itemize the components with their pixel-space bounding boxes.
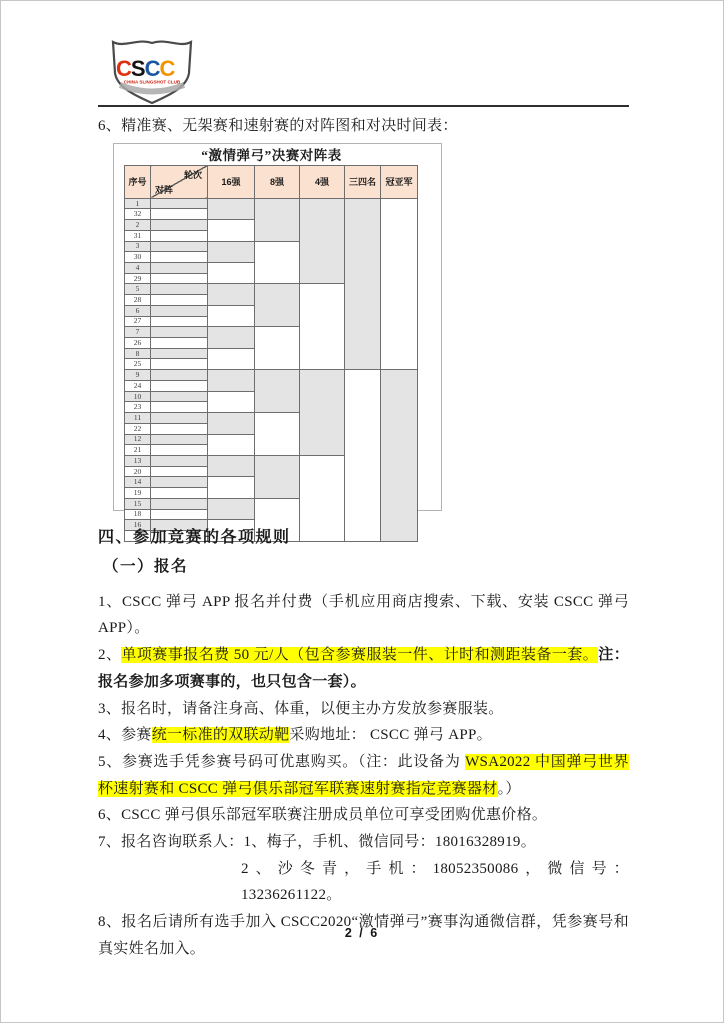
pair-name-cell <box>151 241 208 252</box>
third-place-cell <box>345 370 381 542</box>
text-run: 2、 <box>98 647 121 663</box>
text-run: 3、报名时，请备注身高、体重，以便主办方发放参赛服装。 <box>98 701 504 717</box>
logo-acronym: CSCC <box>116 56 175 81</box>
seed-number-cell: 3 <box>125 241 151 252</box>
quarterfinal-cell <box>255 198 300 241</box>
page-number: 2 / 6 <box>1 926 723 940</box>
pair-name-cell <box>151 391 208 402</box>
pair-name-cell <box>151 348 208 359</box>
section-heading: 四、参加竞赛的各项规则 <box>98 528 629 548</box>
seed-number-cell: 27 <box>125 316 151 327</box>
pair-name-cell <box>151 198 208 209</box>
pair-name-cell <box>151 413 208 424</box>
bracket-corner-cell: 轮次对阵 <box>151 165 208 198</box>
seed-number-cell: 25 <box>125 359 151 370</box>
quarterfinal-cell <box>255 370 300 413</box>
seed-number-cell: 26 <box>125 338 151 349</box>
text-run: 四、参加竞赛的各项规则 <box>98 529 291 546</box>
text-run: 4、参赛 <box>98 727 152 743</box>
item-6: 6、精准赛、无架赛和速射赛的对阵图和对决时间表： <box>98 113 629 140</box>
pair-name-cell <box>151 252 208 263</box>
round-of-16-cell <box>208 348 255 369</box>
rules-paragraphs: 四、参加竞赛的各项规则（一）报名1、CSCC 弹弓 APP 报名并付费（手机应用… <box>98 528 629 963</box>
semifinal-cell <box>300 198 345 284</box>
intro-paragraphs: 6、精准赛、无架赛和速射赛的对阵图和对决时间表： <box>98 113 629 140</box>
round-of-16-cell <box>208 391 255 412</box>
bracket-figure: “激情弹弓”决赛对阵表 序号轮次对阵16强8强4强三四名冠亚军132231330… <box>113 143 442 511</box>
pair-name-cell <box>151 455 208 466</box>
seed-number-cell: 24 <box>125 380 151 391</box>
pair-name-cell <box>151 498 208 509</box>
bracket-col-header: 4强 <box>300 165 345 198</box>
seed-number-cell: 20 <box>125 466 151 477</box>
seed-number-cell: 9 <box>125 370 151 381</box>
round-of-16-cell <box>208 434 255 455</box>
quarterfinal-cell <box>255 284 300 327</box>
quarterfinal-cell <box>255 413 300 456</box>
seed-number-cell: 30 <box>125 252 151 263</box>
page-content: 6、精准赛、无架赛和速射赛的对阵图和对决时间表： “激情弹弓”决赛对阵表 序号轮… <box>98 113 629 963</box>
pair-name-cell <box>151 380 208 391</box>
item-7: 7、报名咨询联系人：1、梅子，手机、微信同号：18016328919。 <box>98 829 629 856</box>
seed-number-cell: 2 <box>125 220 151 231</box>
text-run: 7、报名咨询联系人：1、梅子，手机、微信同号：18016328919。 <box>98 834 536 850</box>
final-cell <box>381 198 418 370</box>
item-6-rule: 6、CSCC 弹弓俱乐部冠军联赛注册成员单位可享受团购优惠价格。 <box>98 802 629 829</box>
header-rule <box>98 105 629 107</box>
pair-name-cell <box>151 295 208 306</box>
round-of-16-cell <box>208 413 255 434</box>
round-of-16-cell <box>208 284 255 305</box>
final-cell <box>381 370 418 542</box>
round-of-16-cell <box>208 305 255 326</box>
bracket-col-header: 冠亚军 <box>381 165 418 198</box>
logo-letter: S <box>131 56 145 81</box>
seed-number-cell: 4 <box>125 263 151 274</box>
pair-name-cell <box>151 445 208 456</box>
item-1: 1、CSCC 弹弓 APP 报名并付费（手机应用商店搜索、下载、安装 CSCC … <box>98 589 629 642</box>
pair-name-cell <box>151 359 208 370</box>
seed-number-cell: 19 <box>125 488 151 499</box>
seed-number-cell: 29 <box>125 273 151 284</box>
seed-number-cell: 31 <box>125 230 151 241</box>
seed-number-cell: 10 <box>125 391 151 402</box>
text-run: 1、CSCC 弹弓 APP 报名并付费（手机应用商店搜索、下载、安装 CSCC … <box>98 594 629 637</box>
seed-number-cell: 6 <box>125 305 151 316</box>
text-run: 6、CSCC 弹弓俱乐部冠军联赛注册成员单位可享受团购优惠价格。 <box>98 807 547 823</box>
text-run: 2、沙冬青，手机：18052350086，微信号：13236261122。 <box>241 861 629 904</box>
round-of-16-cell <box>208 263 255 284</box>
logo-letter: C <box>145 56 161 81</box>
pair-name-cell <box>151 230 208 241</box>
pair-name-cell <box>151 316 208 327</box>
seed-number-cell: 7 <box>125 327 151 338</box>
pair-name-cell <box>151 338 208 349</box>
logo-letter: C <box>116 56 132 81</box>
pair-name-cell <box>151 477 208 488</box>
text-run: 6、精准赛、无架赛和速射赛的对阵图和对决时间表： <box>98 118 458 134</box>
pair-name-cell <box>151 488 208 499</box>
corner-round-label: 轮次 <box>184 168 202 181</box>
bracket-col-seq: 序号 <box>125 165 151 198</box>
seed-number-cell: 11 <box>125 413 151 424</box>
round-of-16-cell <box>208 198 255 219</box>
pair-name-cell <box>151 466 208 477</box>
round-of-16-cell <box>208 477 255 498</box>
semifinal-cell <box>300 284 345 370</box>
seed-number-cell: 15 <box>125 498 151 509</box>
seed-number-cell: 22 <box>125 423 151 434</box>
item-4: 4、参赛统一标准的双联动靶采购地址： CSCC 弹弓 APP。 <box>98 722 629 749</box>
round-of-16-cell <box>208 498 255 519</box>
seed-number-cell: 18 <box>125 509 151 520</box>
pair-name-cell <box>151 305 208 316</box>
bracket-figure-inner: “激情弹弓”决赛对阵表 序号轮次对阵16强8强4强三四名冠亚军132231330… <box>124 148 419 542</box>
seed-number-cell: 5 <box>125 284 151 295</box>
document-page: CSCC CHINA SLINGSHOT CLUB 6、精准赛、无架赛和速射赛的… <box>0 0 724 1023</box>
bracket-title: “激情弹弓”决赛对阵表 <box>124 148 419 163</box>
pair-name-cell <box>151 509 208 520</box>
pair-name-cell <box>151 402 208 413</box>
seed-number-cell: 1 <box>125 198 151 209</box>
pair-name-cell <box>151 327 208 338</box>
text-run: 采购地址： CSCC 弹弓 APP。 <box>289 727 492 743</box>
seed-number-cell: 23 <box>125 402 151 413</box>
round-of-16-cell <box>208 220 255 241</box>
item-3: 3、报名时，请备注身高、体重，以便主办方发放参赛服装。 <box>98 696 629 723</box>
bracket-col-header: 16强 <box>208 165 255 198</box>
item-2: 2、单项赛事报名费 50 元/人（包含参赛服装一件、计时和测距装备一套。注：报名… <box>98 642 629 695</box>
bracket-col-header: 8强 <box>255 165 300 198</box>
pair-name-cell <box>151 423 208 434</box>
logo-subtitle: CHINA SLINGSHOT CLUB <box>124 80 181 85</box>
item-5: 5、参赛选手凭参赛号码可优惠购买。（注：此设备为 WSA2022 中国弹弓世界杯… <box>98 749 629 802</box>
seed-number-cell: 13 <box>125 455 151 466</box>
corner-pair-label: 对阵 <box>155 183 173 196</box>
quarterfinal-cell <box>255 327 300 370</box>
quarterfinal-cell <box>255 455 300 498</box>
highlighted-text: 统一标准的双联动靶 <box>152 727 290 743</box>
bracket-table: 序号轮次对阵16强8强4强三四名冠亚军132231330429528627726… <box>124 165 418 542</box>
quarterfinal-cell <box>255 241 300 284</box>
seed-number-cell: 21 <box>125 445 151 456</box>
logo-letter: C <box>159 56 175 81</box>
item-7b: 2、沙冬青，手机：18052350086，微信号：13236261122。 <box>98 856 629 909</box>
bracket-col-header: 三四名 <box>345 165 381 198</box>
seed-number-cell: 12 <box>125 434 151 445</box>
round-of-16-cell <box>208 455 255 476</box>
round-of-16-cell <box>208 327 255 348</box>
text-run: 5、参赛选手凭参赛号码可优惠购买。（注：此设备为 <box>98 754 465 770</box>
third-place-cell <box>345 198 381 370</box>
semifinal-cell <box>300 370 345 456</box>
pair-name-cell <box>151 273 208 284</box>
text-run: 。） <box>498 781 521 797</box>
pair-name-cell <box>151 284 208 295</box>
subsection-heading: （一）报名 <box>98 557 629 577</box>
seed-number-cell: 14 <box>125 477 151 488</box>
round-of-16-cell <box>208 241 255 262</box>
pair-name-cell <box>151 370 208 381</box>
seed-number-cell: 32 <box>125 209 151 220</box>
cscc-club-logo: CSCC CHINA SLINGSHOT CLUB <box>107 35 197 107</box>
pair-name-cell <box>151 209 208 220</box>
seed-number-cell: 28 <box>125 295 151 306</box>
highlighted-text: 单项赛事报名费 50 元/人（包含参赛服装一件、计时和测距装备一套。 <box>121 647 598 663</box>
text-run: （一）报名 <box>103 558 188 575</box>
pair-name-cell <box>151 220 208 231</box>
round-of-16-cell <box>208 370 255 391</box>
pair-name-cell <box>151 263 208 274</box>
pair-name-cell <box>151 434 208 445</box>
seed-number-cell: 8 <box>125 348 151 359</box>
